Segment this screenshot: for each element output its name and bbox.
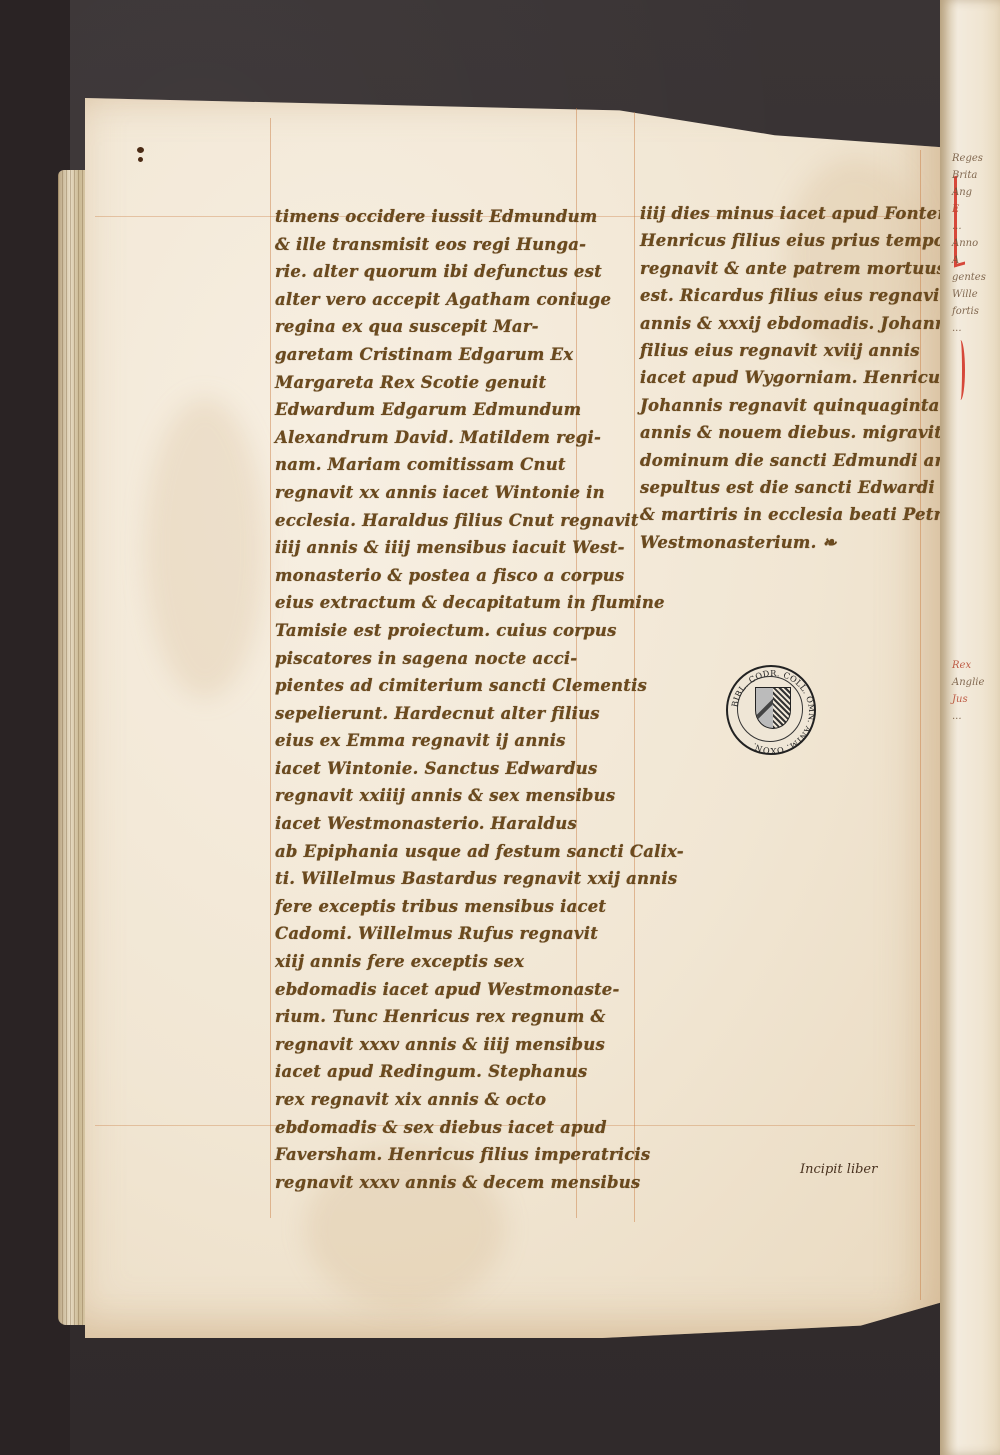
script-line: regina ex qua suscepit Mar- — [275, 313, 684, 341]
page-stack-edge — [58, 170, 88, 1325]
script-line: alter vero accepit Agatham coniuge — [275, 286, 684, 314]
script-line: nam. Mariam comitissam Cnut — [275, 451, 684, 479]
script-line: monasterio & postea a fisco a corpus — [275, 562, 684, 590]
script-line: eius ex Emma regnavit ij annis — [275, 727, 684, 755]
script-line: iacet Wintonie. Sanctus Edwardus — [275, 755, 684, 783]
script-line: eius extractum & decapitatum in flumine — [275, 589, 684, 617]
script-line: timens occidere iussit Edmundum — [275, 203, 684, 231]
script-line: regnavit xx annis iacet Wintonie in — [275, 479, 684, 507]
script-line: Edwardum Edgarum Edmundum — [275, 396, 684, 424]
script-line: iiij annis & iiij mensibus iacuit West- — [275, 534, 684, 562]
script-line: garetam Cristinam Edgarum Ex — [275, 341, 684, 369]
catchword: Incipit liber — [800, 1162, 877, 1177]
pen-mark — [137, 147, 145, 165]
text-column-left: timens occidere iussit Edmundum & ille t… — [275, 203, 684, 1196]
script-line: rex regnavit xix annis & octo — [275, 1086, 684, 1114]
coat-of-arms-icon — [755, 687, 791, 729]
script-line: ecclesia. Haraldus filius Cnut regnavit — [275, 507, 684, 535]
script-line: pientes ad cimiterium sancti Clementis — [275, 672, 684, 700]
script-line: rium. Tunc Henricus rex regnum & — [275, 1003, 684, 1031]
script-line: iacet apud Redingum. Stephanus — [275, 1058, 684, 1086]
script-line: & ille transmisit eos regi Hunga- — [275, 231, 684, 259]
script-line: piscatores in sagena nocte acci- — [275, 645, 684, 673]
script-line: ebdomadis iacet apud Westmonaste- — [275, 976, 684, 1004]
script-line: iacet Westmonasterio. Haraldus — [275, 810, 684, 838]
adjacent-leaf-edge: Reges Brita Ang E ... Anno A gentes Will… — [940, 0, 1000, 1455]
script-line: Tamisie est proiectum. cuius corpus — [275, 617, 684, 645]
adjacent-leaf-text: Reges Brita Ang E ... Anno A gentes Will… — [952, 150, 1000, 725]
script-line: Faversham. Henricus filius imperatricis — [275, 1141, 684, 1169]
script-line: rie. alter quorum ibi defunctus est — [275, 258, 684, 286]
script-line: xiij annis fere exceptis sex — [275, 948, 684, 976]
script-line: ab Epiphania usque ad festum sancti Cali… — [275, 838, 684, 866]
script-line: fere exceptis tribus mensibus iacet — [275, 893, 684, 921]
script-line: sepelierunt. Hardecnut alter filius — [275, 700, 684, 728]
script-line: regnavit xxxv annis & decem mensibus — [275, 1169, 684, 1197]
ownership-stamp: BIBL. CODR. COLL. OMN. ANIM. OXON. — [726, 665, 816, 755]
script-line: regnavit xxiiij annis & sex mensibus — [275, 782, 684, 810]
ruling-line — [270, 118, 271, 1218]
script-line: Alexandrum David. Matildem regi- — [275, 424, 684, 452]
script-line: regnavit xxxv annis & iiij mensibus — [275, 1031, 684, 1059]
script-line: ebdomadis & sex diebus iacet apud — [275, 1114, 684, 1142]
script-line: Cadomi. Willelmus Rufus regnavit — [275, 920, 684, 948]
script-line: Margareta Rex Scotie genuit — [275, 369, 684, 397]
script-line: ti. Willelmus Bastardus regnavit xxij an… — [275, 865, 684, 893]
